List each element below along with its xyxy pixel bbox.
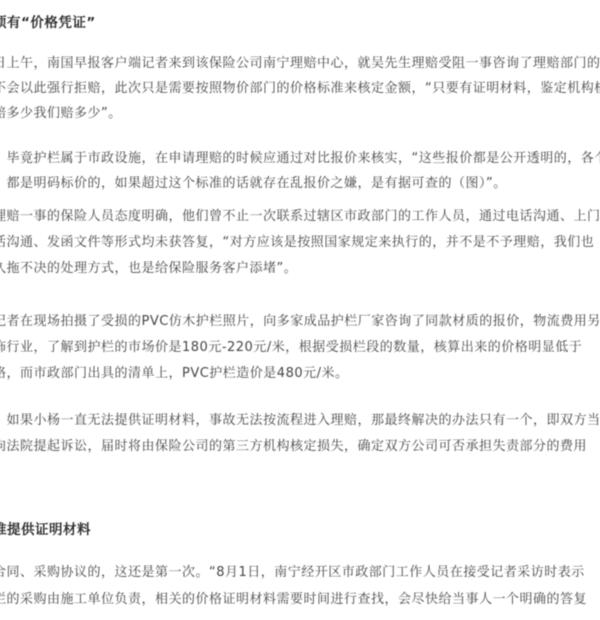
section-heading-proof-materials: 难提供证明材料 [0, 522, 91, 538]
paragraph-1-line-3: 赔多少我们赔多少”。 [0, 106, 122, 122]
paragraph-4-line-2: 饰行业，了解到护栏的市场价是180元-220元/米，根据受损栏段的数量，核算出来… [0, 340, 582, 356]
paragraph-1-line-2: 不会以此强行拒赔，此次只是需要按照物价部门的价格标准来核定金额，“只要有证明材料… [0, 81, 600, 97]
paragraph-4-line-1: 记者在现场拍摄了受损的PVC仿木护栏照片，向多家成品护栏厂家咨询了同款材质的报价… [0, 314, 600, 330]
paragraph-4-line-3: 格，而市政部门出具的清单上，PVC护栏造价是480元/米。 [0, 366, 349, 382]
paragraph-2-line-1: ，毕竟护栏属于市政设施，在申请理赔的时候应通过对比报价来核实，“这些报价都是公开… [0, 151, 600, 167]
paragraph-3-line-1: 理赔一事的保险人员态度明确，他们曾不止一次联系过辖区市政部门的工作人员，通过电话… [0, 209, 600, 225]
paragraph-6-line-2: 栏的采购由施工单位负责，相关的价格证明材料需要时间进行查找，会尽快给当事人一个明… [0, 592, 587, 600]
paragraph-3-line-3: 久拖不决的处理方式，也是给保险服务客户添堵”。 [0, 261, 297, 277]
paragraph-2-line-2: ，都是明码标价的，如果超过这个标准的话就存在乱报价之嫌，是有据可查的（图）”。 [0, 176, 507, 192]
paragraph-5-line-1: ，如果小杨一直无法提供证明材料，事故无法按流程进入理赔，那最终解决的办法只有一个… [0, 413, 600, 429]
paragraph-6-line-1: 合同、采购协议的，这还是第一次。“8月1日，南宁经开区市政部门工作人员在接受记者… [0, 565, 585, 581]
paragraph-5-line-2: 向法院提起诉讼，届时将由保险公司的第三方机构核定损失，确定双方公司可否承担失责部… [0, 439, 587, 455]
article-body: 须有“价格凭证” 日上午，南国早报客户端记者来到该保险公司南宁理赔中心，就吴先生… [0, 0, 600, 600]
paragraph-1-line-1: 日上午，南国早报客户端记者来到该保险公司南宁理赔中心，就吴先生理赔受阻一事咨询了… [0, 56, 600, 72]
paragraph-3-line-2: 话沟通、发函文件等形式均未获答复，“对方应该是按照国家规定来执行的，并不是不予理… [0, 235, 594, 251]
section-heading-price-certificate: 须有“价格凭证” [0, 15, 96, 31]
